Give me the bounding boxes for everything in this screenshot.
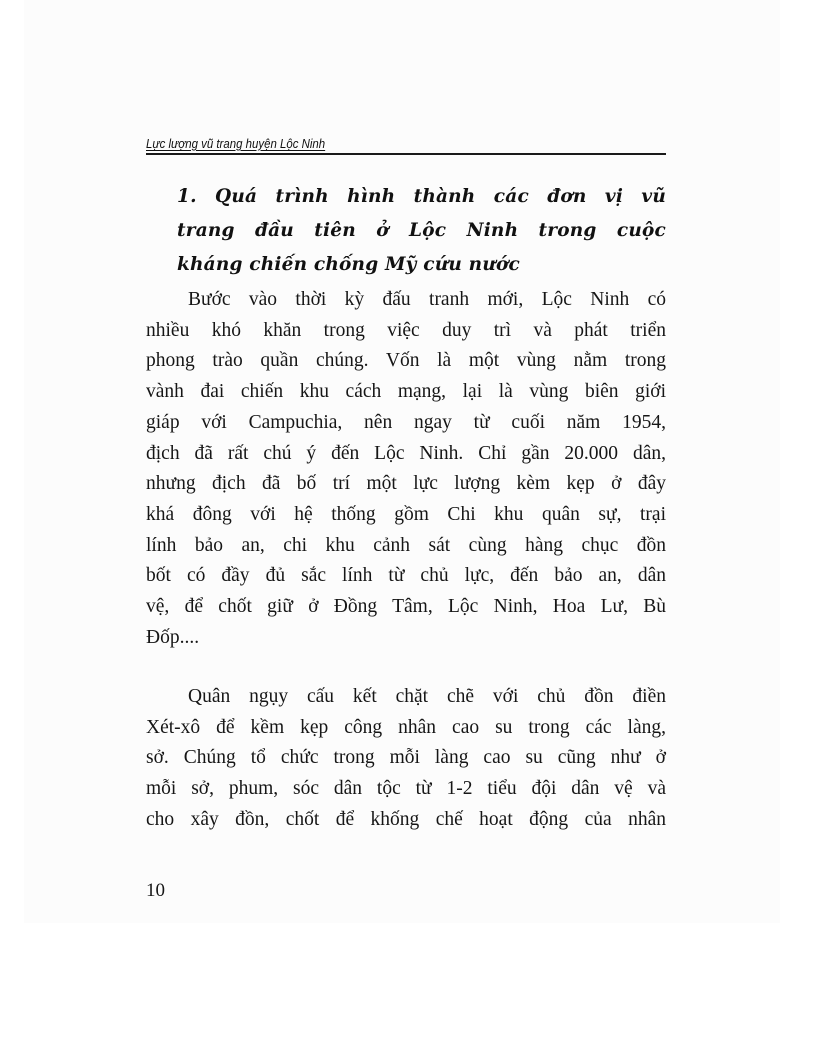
text-line: sở. Chúng tổ chức trong mỗi làng cao su …	[146, 743, 666, 774]
heading-line: 1. Quá trình hình thành các đơn vị vũ	[177, 180, 666, 214]
text-line: khá đông với hệ thống gồm Chi khu quân s…	[146, 500, 666, 531]
text-line: giáp với Campuchia, nên ngay từ cuối năm…	[146, 408, 666, 439]
text-line: nhiều khó khăn trong việc duy trì và phá…	[146, 316, 666, 347]
text-line: vành đai chiến khu cách mạng, lại là vùn…	[146, 377, 666, 408]
text-line: Quân ngụy cấu kết chặt chẽ với chủ đồn đ…	[146, 682, 666, 713]
running-header-title: Lực lượng vũ trang huyện Lộc Ninh	[146, 136, 325, 152]
text-line: Bước vào thời kỳ đấu tranh mới, Lộc Ninh…	[146, 285, 666, 316]
text-line: mỗi sở, phum, sóc dân tộc từ 1-2 tiểu độ…	[146, 774, 666, 805]
text-line: Xét-xô để kềm kẹp công nhân cao su trong…	[146, 713, 666, 744]
paragraph-1: Bước vào thời kỳ đấu tranh mới, Lộc Ninh…	[146, 285, 666, 653]
paragraph-2: Quân ngụy cấu kết chặt chẽ với chủ đồn đ…	[146, 682, 666, 836]
text-line: địch đã rất chú ý đến Lộc Ninh. Chỉ gần …	[146, 439, 666, 470]
text-line: nhưng địch đã bố trí một lực lượng kèm k…	[146, 469, 666, 500]
text-line: phong trào quần chúng. Vốn là một vùng n…	[146, 346, 666, 377]
running-header: Lực lượng vũ trang huyện Lộc Ninh	[146, 133, 666, 155]
text-line: Đốp....	[146, 623, 666, 654]
section-heading: 1. Quá trình hình thành các đơn vị vũ tr…	[177, 180, 666, 282]
text-line: cho xây đồn, chốt để khống chế hoạt động…	[146, 805, 666, 836]
page-number: 10	[146, 880, 165, 902]
text-line: lính bảo an, chi khu cảnh sát cùng hàng …	[146, 531, 666, 562]
heading-line: trang đầu tiên ở Lộc Ninh trong cuộc	[177, 214, 666, 248]
text-line: vệ, để chốt giữ ở Đồng Tâm, Lộc Ninh, Ho…	[146, 592, 666, 623]
heading-line: kháng chiến chống Mỹ cứu nước	[177, 248, 666, 282]
text-line: bốt có đầy đủ sắc lính từ chủ lực, đến b…	[146, 561, 666, 592]
